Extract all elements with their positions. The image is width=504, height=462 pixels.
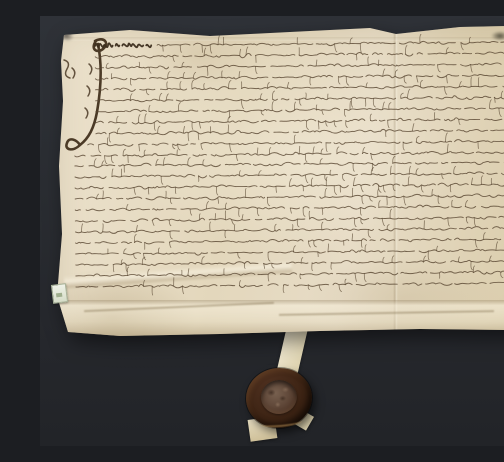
parchment-charter [54,24,504,336]
ink-stroke [76,280,504,289]
ink-stroke [95,43,154,48]
manuscript-line-strokes [75,275,504,293]
manuscript-text [73,36,504,296]
plica-crease-right [279,310,494,316]
plica-crease-left [84,302,274,312]
edge-sticker [51,283,68,304]
charter-photograph [40,16,504,446]
plica-fold [54,300,504,336]
seal-impression [259,378,298,415]
top-right-smudge [491,31,504,41]
manuscript-line [75,277,504,292]
